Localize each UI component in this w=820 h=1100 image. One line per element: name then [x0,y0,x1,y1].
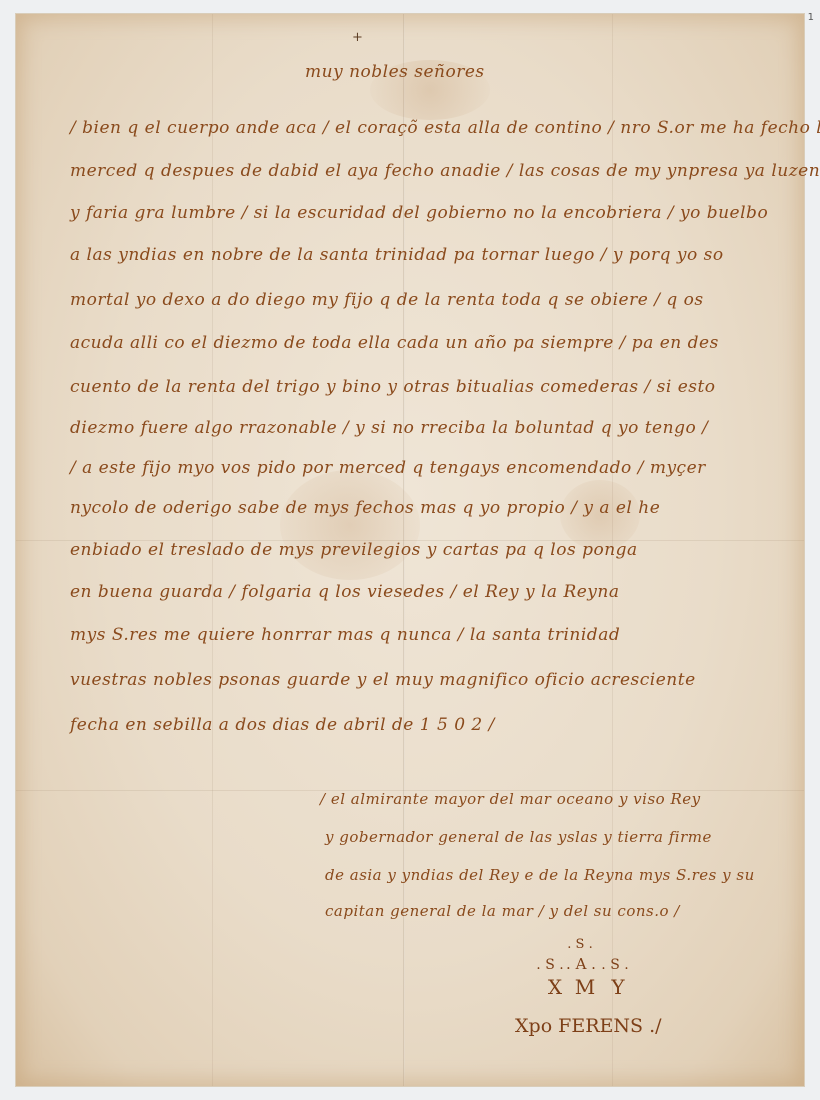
closing-line: / el almirante mayor del mar oceano y vi… [320,790,701,808]
body-line: mortal yo dexo a do diego my fijo q de l… [70,290,704,310]
signature-name: Xpo FERENS ./ [515,1015,695,1037]
body-line: enbiado el treslado de mys previlegios y… [70,540,638,560]
ink-stain [280,470,420,580]
signature-y: Y [603,975,633,999]
signature-a: . A . [566,955,596,973]
signature-row-top: . S . [560,937,600,952]
body-line: en buena guarda / folgaria q los viesede… [70,582,620,602]
body-line: merced q despues de dabid el aya fecho a… [70,161,820,181]
closing-line: y gobernador general de las yslas y tier… [325,828,712,846]
body-line: / bien q el cuerpo ande aca / el coraçõ … [70,118,820,138]
signature-x: X [540,975,570,999]
body-line: a las yndias en nobre de la santa trinid… [70,245,724,265]
closing-line: de asia y yndias del Rey e de la Reyna m… [325,866,755,884]
body-line: nycolo de oderigo sabe de mys fechos mas… [70,498,660,518]
signature-s-right: . S . [600,957,630,973]
cross-mark: + [352,30,363,45]
salutation: muy nobles señores [305,62,485,82]
signature-m: M [570,975,600,999]
body-line: y faria gra lumbre / si la escuridad del… [70,203,768,223]
body-line: / a este fijo myo vos pido por merced q … [70,458,706,478]
body-line: mys S.res me quiere honrrar mas q nunca … [70,625,620,645]
signature-s-left: . S . [535,957,565,973]
body-line: diezmo fuere algo rrazonable / y si no r… [70,418,708,438]
folio-number: 1 [808,12,814,23]
body-line: cuento de la renta del trigo y bino y ot… [70,377,716,397]
body-line: vuestras nobles psonas guarde y el muy m… [70,670,696,690]
body-line: fecha en sebilla a dos dias de abril de … [70,715,495,735]
body-line: acuda alli co el diezmo de toda ella cad… [70,333,719,353]
closing-line: capitan general de la mar / y del su con… [325,902,680,920]
